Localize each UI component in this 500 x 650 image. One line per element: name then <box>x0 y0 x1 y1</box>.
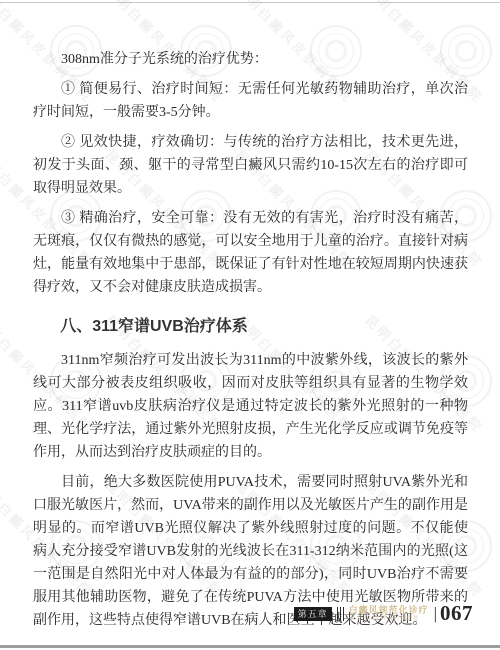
paragraph-advantage-2: ② 见效快捷，疗效确切：与传统的治疗方法相比，技术更先进，初发于头面、颈、躯干的… <box>33 131 468 200</box>
page-top-border <box>0 2 500 3</box>
page-content: 308nm准分子光系统的治疗优势： ① 简便易行、治疗时间短：无需任何光敏药物辅… <box>33 48 468 639</box>
series-title-block: 白癜风规范化诊疗 全方位诊疗早日康复 <box>349 606 429 622</box>
page-number-divider: | <box>434 605 437 622</box>
page-bottom-border <box>0 645 500 648</box>
page-footer: 第五章 白癜风规范化诊疗 全方位诊疗早日康复 | 067 <box>294 603 473 624</box>
paragraph-311nm: 311nm窄频治疗可发出波长为311nm的中波紫外线，该波长的紫外线可大部分被表… <box>33 349 468 464</box>
paragraph-advantages-intro: 308nm准分子光系统的治疗优势： <box>33 48 468 71</box>
page-number: 067 <box>440 603 473 624</box>
paragraph-advantage-3: ③ 精确治疗，安全可靠：没有无效的有害光，治疗时没有痛苦，无斑痕，仅仅有微热的感… <box>33 207 468 299</box>
series-subtitle: 全方位诊疗早日康复 <box>349 616 421 622</box>
chapter-badge: 第五章 <box>294 607 332 621</box>
book-page: 昆明白癜风皮肤病医院昆明白癜风皮肤病医院昆明白癜风皮肤病医院昆明白癜风皮肤病医院… <box>0 0 500 650</box>
series-title: 白癜风规范化诊疗 <box>349 606 429 615</box>
divider-bars-icon <box>337 607 344 621</box>
paragraph-advantage-1: ① 简便易行、治疗时间短：无需任何光敏药物辅助治疗，单次治疗时间短，一般需要3-… <box>33 78 468 124</box>
section-heading: 八、311窄谱UVB治疗体系 <box>33 317 468 337</box>
